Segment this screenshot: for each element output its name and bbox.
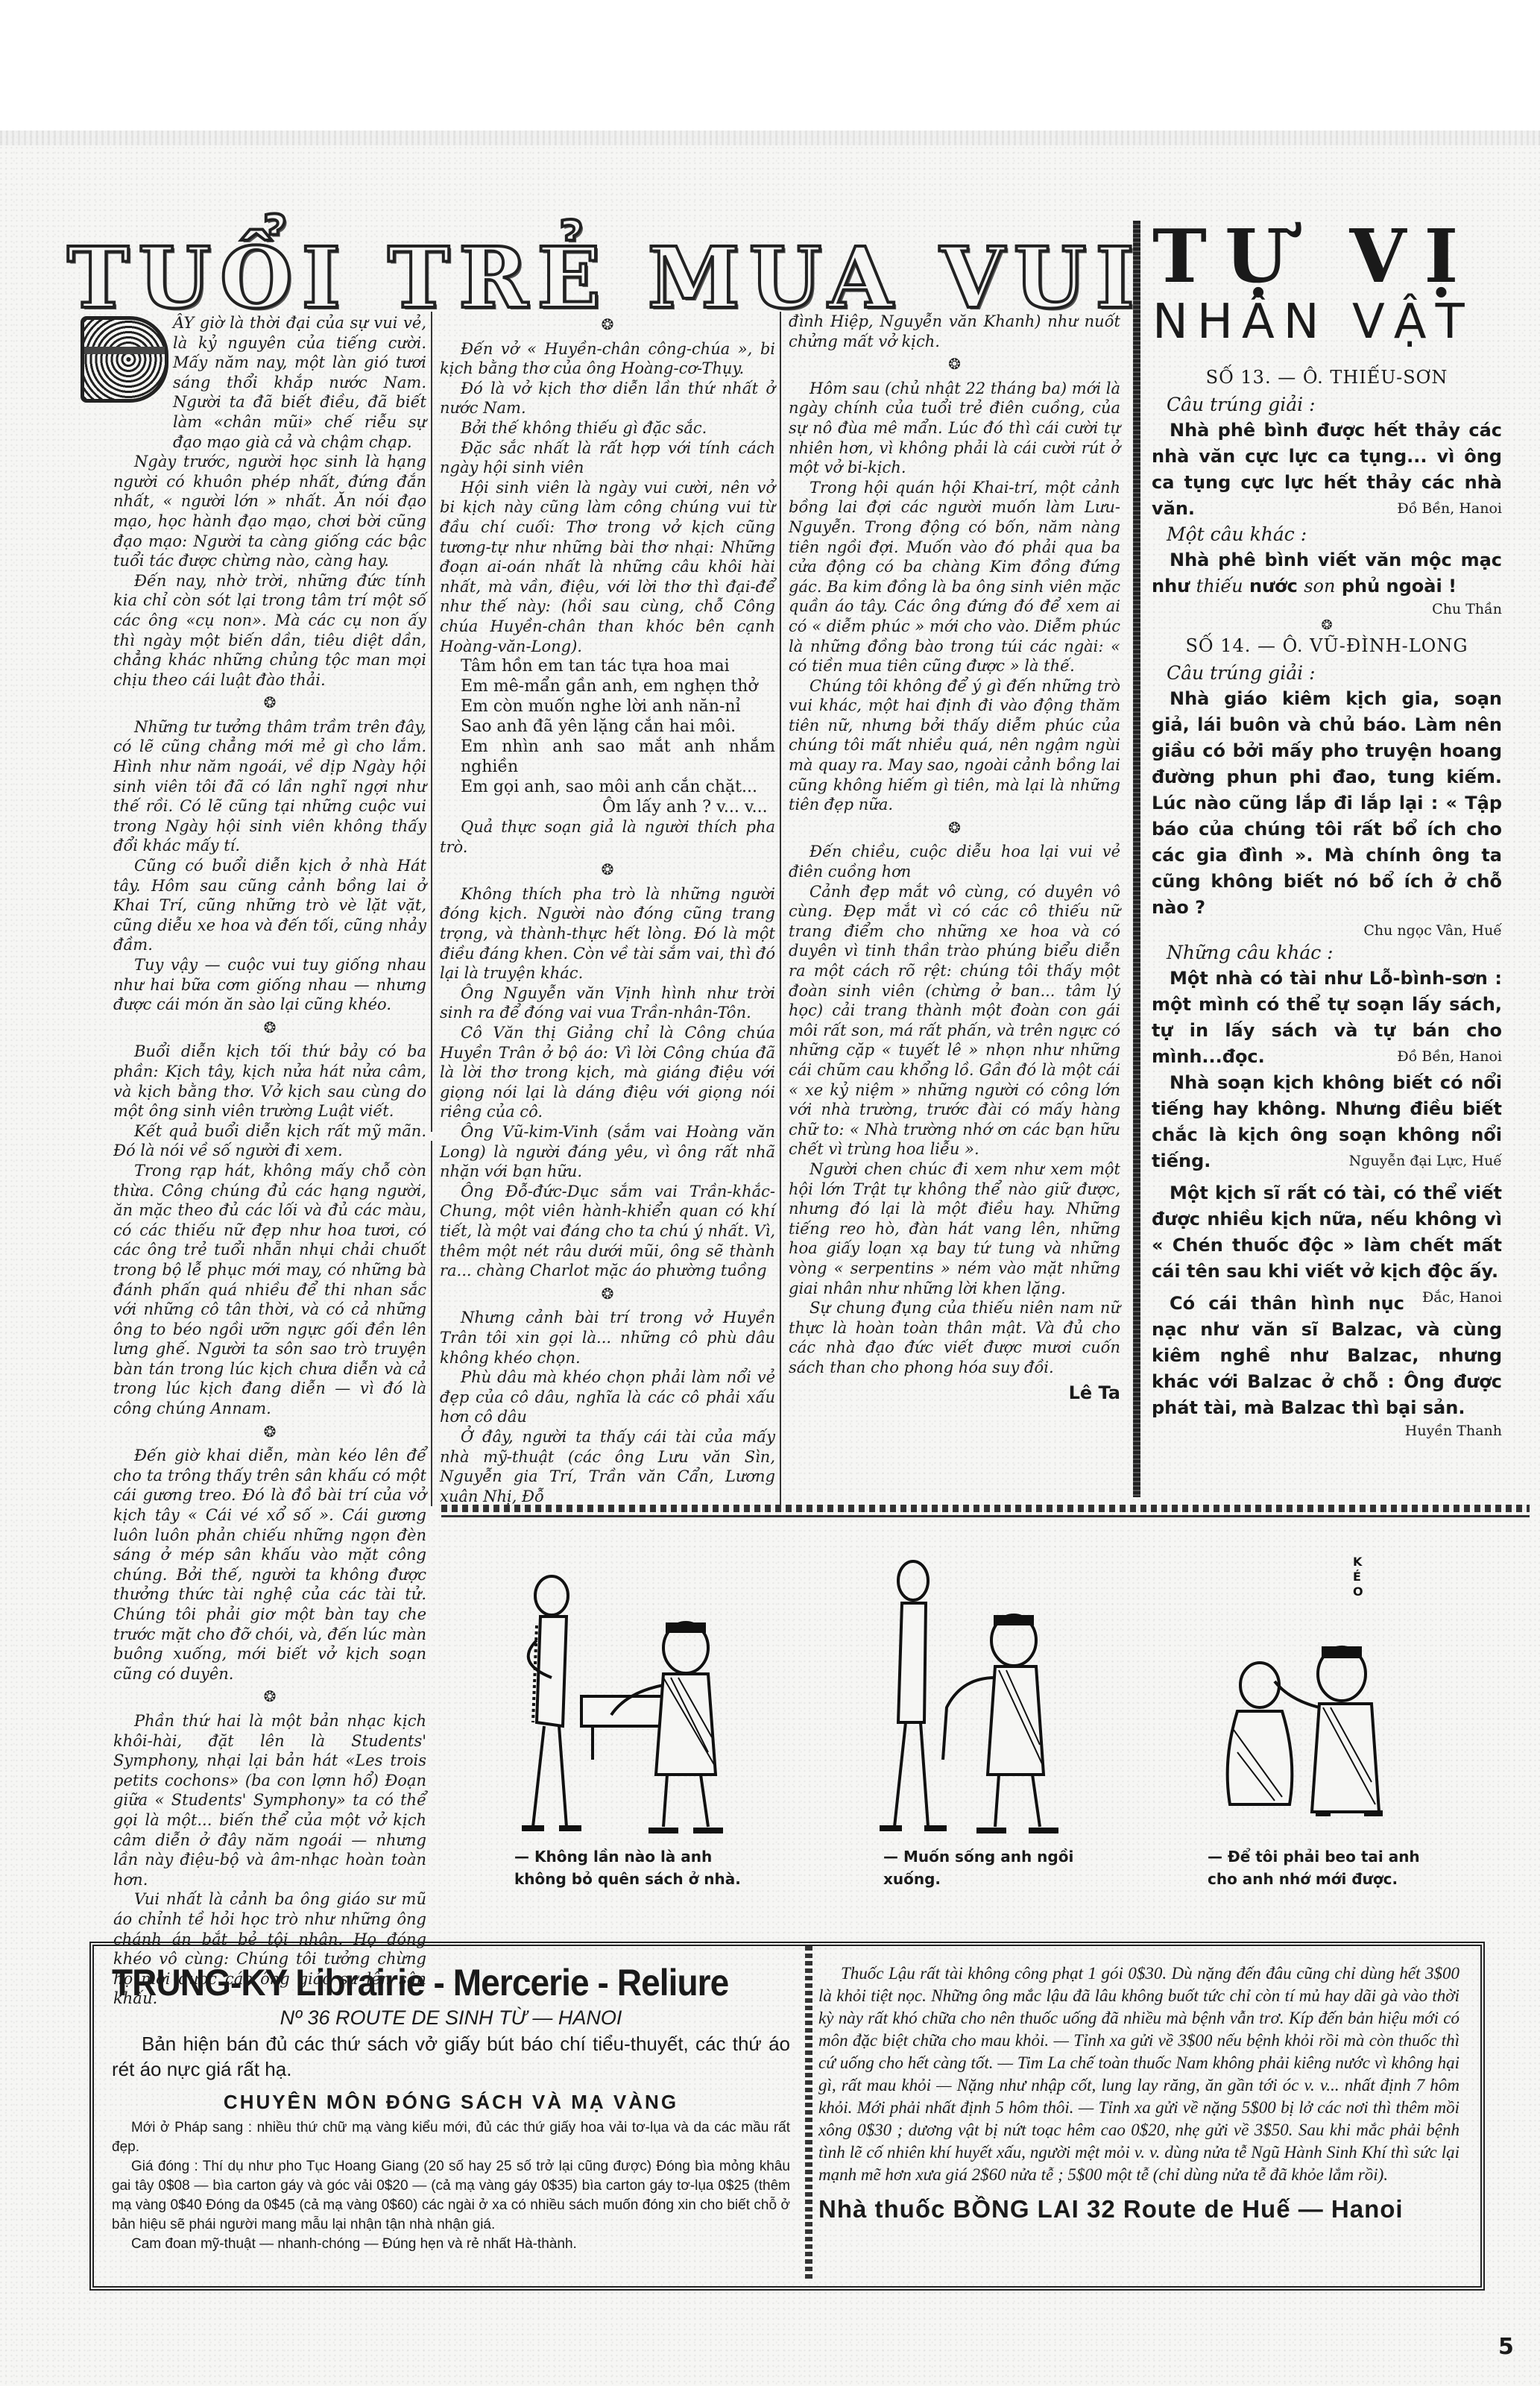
entry-heading: SỐ 14. — Ô. VŨ-ĐÌNH-LONG [1152, 635, 1502, 656]
poem-line: Em còn muốn nghe lời anh năn-nỉ [461, 696, 775, 717]
tu-vi-subtitle: NHÂN VẬT [1152, 298, 1525, 346]
article-paragraph: Quả thực soạn giả là người thích pha trò… [440, 817, 775, 857]
article-paragraph: Đó là vở kịch thơ diễn lần thứ nhất ở nư… [440, 379, 775, 418]
cartoon-caption-2: — Muốn sống anh ngồi xuống. [883, 1845, 1073, 1890]
poem-line: Sao anh đã yên lặng cắn hai môi. [461, 717, 775, 737]
cartoon-panel-3: K É O [1163, 1536, 1491, 1849]
ornament-icon: ❂ [440, 1284, 775, 1304]
winning-label: Câu trúng giải : [1152, 392, 1502, 418]
article-column-3: đình Hiệp, Nguyễn văn Khanh) như nuốt ch… [789, 312, 1120, 1403]
answer-byline: Đồ Bền, Hanoi [1379, 1044, 1502, 1070]
bookshop-specialty: CHUYÊN MÔN ĐÓNG SÁCH VÀ MẠ VÀNG [112, 2091, 790, 2114]
article-column-2: ❂ Đến vở « Huyền-chân công-chúa », bi kị… [440, 312, 775, 1506]
article-paragraph: Phù dâu mà khéo chọn phải làm nổi vẻ đẹp… [440, 1367, 775, 1427]
tu-vi-title: TỰ VỊ [1152, 221, 1525, 294]
ornament-icon: ❂ [113, 1422, 426, 1442]
bookshop-address: Nº 36 ROUTE DE SINH TỪ — HANOI [112, 2004, 790, 2031]
tu-vi-column: SỐ 13. — Ô. THIẾU-SƠN Câu trúng giải : N… [1152, 364, 1502, 1441]
poem-line: Em nhìn anh sao mắt anh nhắm nghiền [461, 737, 775, 777]
ornament-icon: ❂ [789, 818, 1120, 838]
winning-answer: Nhà phê bình được hết thảy các nhà văn c… [1152, 418, 1502, 522]
article-paragraph: Trong hội quán hội Khai-trí, một cảnh bồ… [789, 478, 1120, 676]
cartoon-caption-3: — Để tôi phải beo tai anh cho anh nhớ mớ… [1208, 1845, 1420, 1890]
ornament-icon: ❂ [440, 860, 775, 880]
article-paragraph: Cô Văn thị Giảng chỉ là Công chúa Huyền … [440, 1023, 775, 1122]
article-paragraph: Đặc sắc nhất là rất hợp với tính cách ng… [440, 438, 775, 478]
other-label: Một câu khác : [1152, 522, 1502, 547]
article-paragraph: Người chen chúc đi xem như xem một hội l… [789, 1159, 1120, 1298]
article-paragraph: Đến nay, nhờ trời, những đức tính kia ch… [113, 571, 426, 690]
winning-answer: Nhà giáo kiêm kịch gia, soạn giả, lái bu… [1152, 686, 1502, 921]
answer-byline: Chu Thần [1152, 599, 1502, 619]
decorative-border [441, 1505, 1530, 1512]
article-paragraph: Những tư tưởng thâm trầm trên đây, có lẽ… [113, 717, 426, 856]
decorative-rule [441, 1515, 1530, 1517]
bookshop-advertisement: TRUNG-KY Librairie - Mercerie - Reliure … [112, 1961, 790, 2254]
torn-page-edge [0, 130, 1540, 145]
bookshop-guarantee: Cam đoan mỹ-thuật — nhanh-chóng — Đúng h… [112, 2235, 790, 2254]
column-divider [431, 312, 432, 1132]
answer-byline: Huyền Thanh [1152, 1421, 1502, 1441]
article-headline: TUỔI TRẺ MUA VUI [67, 237, 1133, 321]
cartoon-caption-1: — Không lần nào là anh không bỏ quên sác… [514, 1845, 741, 1890]
article-paragraph: đình Hiệp, Nguyễn văn Khanh) như nuốt ch… [789, 312, 1120, 351]
poem-line: Tâm hồn em tan tác tựa hoa mai [461, 656, 775, 676]
poem-line: Em gọi anh, sao môi anh cắn chặt... [461, 777, 775, 797]
poem-line: Em mê-mẩn gần anh, em nghẹn thở [461, 676, 775, 696]
column-divider [431, 1141, 432, 1506]
teacher-student-illustration-icon [820, 1536, 1148, 1849]
article-column-1: ÂY giờ là thời đại của sự vui vẻ, là kỷ … [113, 313, 426, 2009]
ornament-icon: ❂ [113, 1687, 426, 1707]
article-paragraph: Đến giờ khai diễn, màn kéo lên để cho ta… [113, 1446, 426, 1684]
article-paragraph: Cảnh đẹp mắt vô cùng, có duyên vô cùng. … [789, 882, 1120, 1159]
article-paragraph: Ngày trước, người học sinh là hạng người… [113, 452, 426, 571]
article-paragraph: Hội sinh viên là ngày vui cười, nên vở b… [440, 478, 775, 656]
article-paragraph: Nhưng cảnh bài trí trong vở Huyền Trân t… [440, 1308, 775, 1367]
ornament-icon: ❂ [113, 1018, 426, 1038]
other-answer: Nhà phê bình viết văn mộc mạc như thiếu … [1152, 547, 1502, 599]
cartoon-panel-1 [462, 1536, 790, 1849]
article-paragraph: Ông Vũ-kim-Vinh (sắm vai Hoàng văn Long)… [440, 1122, 775, 1182]
article-paragraph: Buổi diễn kịch tối thứ bảy có ba phần: K… [113, 1042, 426, 1121]
section-divider-bar [1133, 221, 1140, 1497]
article-paragraph: Trong rạp hát, không mấy chỗ còn thừa. C… [113, 1161, 426, 1419]
bookshop-title: TRUNG-KY Librairie - Mercerie - Reliure [112, 1961, 736, 2004]
entry-heading: SỐ 13. — Ô. THIẾU-SƠN [1152, 367, 1502, 388]
ornament-icon: ❂ [440, 315, 775, 335]
page-top-margin [0, 0, 1540, 130]
ornament-icon: ❂ [1152, 619, 1502, 632]
page-number: 5 [1498, 2334, 1514, 2360]
article-paragraph: Chúng tôi không để ý gì đến những trò vu… [789, 676, 1120, 815]
answer-byline: Nguyễn đại Lực, Huế [1331, 1148, 1502, 1174]
article-paragraph: Ông Đỗ-đức-Dục sắm vai Trần-khắc-Chung, … [440, 1182, 775, 1281]
poem-excerpt: Tâm hồn em tan tác tựa hoa mai Em mê-mẩn… [440, 656, 775, 817]
article-paragraph: Sự chung đụng của thiếu niên nam nữ thực… [789, 1298, 1120, 1377]
other-label: Những câu khác : [1152, 940, 1502, 966]
article-paragraph: Không thích pha trò là những người đóng … [440, 884, 775, 983]
advertisement-divider [805, 1946, 812, 2279]
bookshop-paragraph: Mới ở Pháp sang : nhiều thứ chữ mạ vàng … [112, 2118, 790, 2157]
pharmacy-name-address: Nhà thuốc BỒNG LAI 32 Route de Huế — Han… [818, 2195, 1459, 2223]
article-paragraph: Tuy vậy — cuộc vui tuy giống nhau như ha… [113, 955, 426, 1015]
answer-byline: Chu ngọc Vân, Huế [1152, 921, 1502, 940]
svg-text:K: K [1353, 1555, 1363, 1569]
article-paragraph: Kết quả buổi diễn kịch rất mỹ mãn. Đó là… [113, 1121, 426, 1161]
answer-byline: Đồ Bền, Hanoi [1379, 496, 1502, 522]
column-divider [780, 312, 781, 1505]
article-paragraph: Cũng có buổi diễn kịch ở nhà Hát tây. Hô… [113, 856, 426, 955]
article-paragraph: Đến chiều, cuộc diễu hoa lại vui vẻ điên… [789, 842, 1120, 881]
article-paragraph: Ở đây, người ta thấy cái tài của mấy nhà… [440, 1427, 775, 1506]
article-author: Lê Ta [789, 1383, 1120, 1403]
ornament-icon: ❂ [789, 354, 1120, 374]
svg-text:É: É [1353, 1570, 1361, 1584]
teacher-student-illustration-icon [462, 1536, 790, 1849]
article-paragraph: Phần thứ hai là một bản nhạc kịch khôi-h… [113, 1711, 426, 1889]
ornament-icon: ❂ [113, 693, 426, 713]
article-paragraph: ÂY giờ là thời đại của sự vui vẻ, là kỷ … [113, 313, 426, 452]
other-answer: Một kịch sĩ rất có tài, có thể viết được… [1152, 1180, 1502, 1285]
cartoon-panel-2 [820, 1536, 1148, 1849]
article-paragraph: Ông Nguyễn văn Vịnh hình như trời sinh r… [440, 983, 775, 1023]
other-answer: Một nhà có tài như Lỗ-bình-sơn : một mìn… [1152, 966, 1502, 1070]
svg-text:O: O [1353, 1584, 1363, 1599]
other-answer: Nhà soạn kịch không biết có nổi tiếng ha… [1152, 1070, 1502, 1174]
bookshop-intro: Bản hiện bán đủ các thứ sách vở giấy bút… [112, 2031, 790, 2082]
bookshop-price-list: Giá đóng : Thí dụ như pho Tục Hoang Gian… [112, 2157, 790, 2235]
article-paragraph: Đến vở « Huyền-chân công-chúa », bi kịch… [440, 339, 775, 379]
article-paragraph: Bởi thế không thiếu gì đặc sắc. [440, 418, 775, 438]
pharmacy-body: Thuốc Lậu rất tài không công phạt 1 gói … [818, 1962, 1459, 2186]
teacher-pulling-ear-illustration-icon: K É O [1163, 1536, 1491, 1849]
pharmacy-advertisement: Thuốc Lậu rất tài không công phạt 1 gói … [818, 1962, 1459, 2223]
answer-byline: Đắc, Hanoi [1404, 1285, 1502, 1311]
poem-line: Ôm lấy anh ? v... v... [461, 797, 775, 817]
article-paragraph: Hôm sau (chủ nhật 22 tháng ba) mới là ng… [789, 379, 1120, 478]
winning-label: Câu trúng giải : [1152, 661, 1502, 686]
